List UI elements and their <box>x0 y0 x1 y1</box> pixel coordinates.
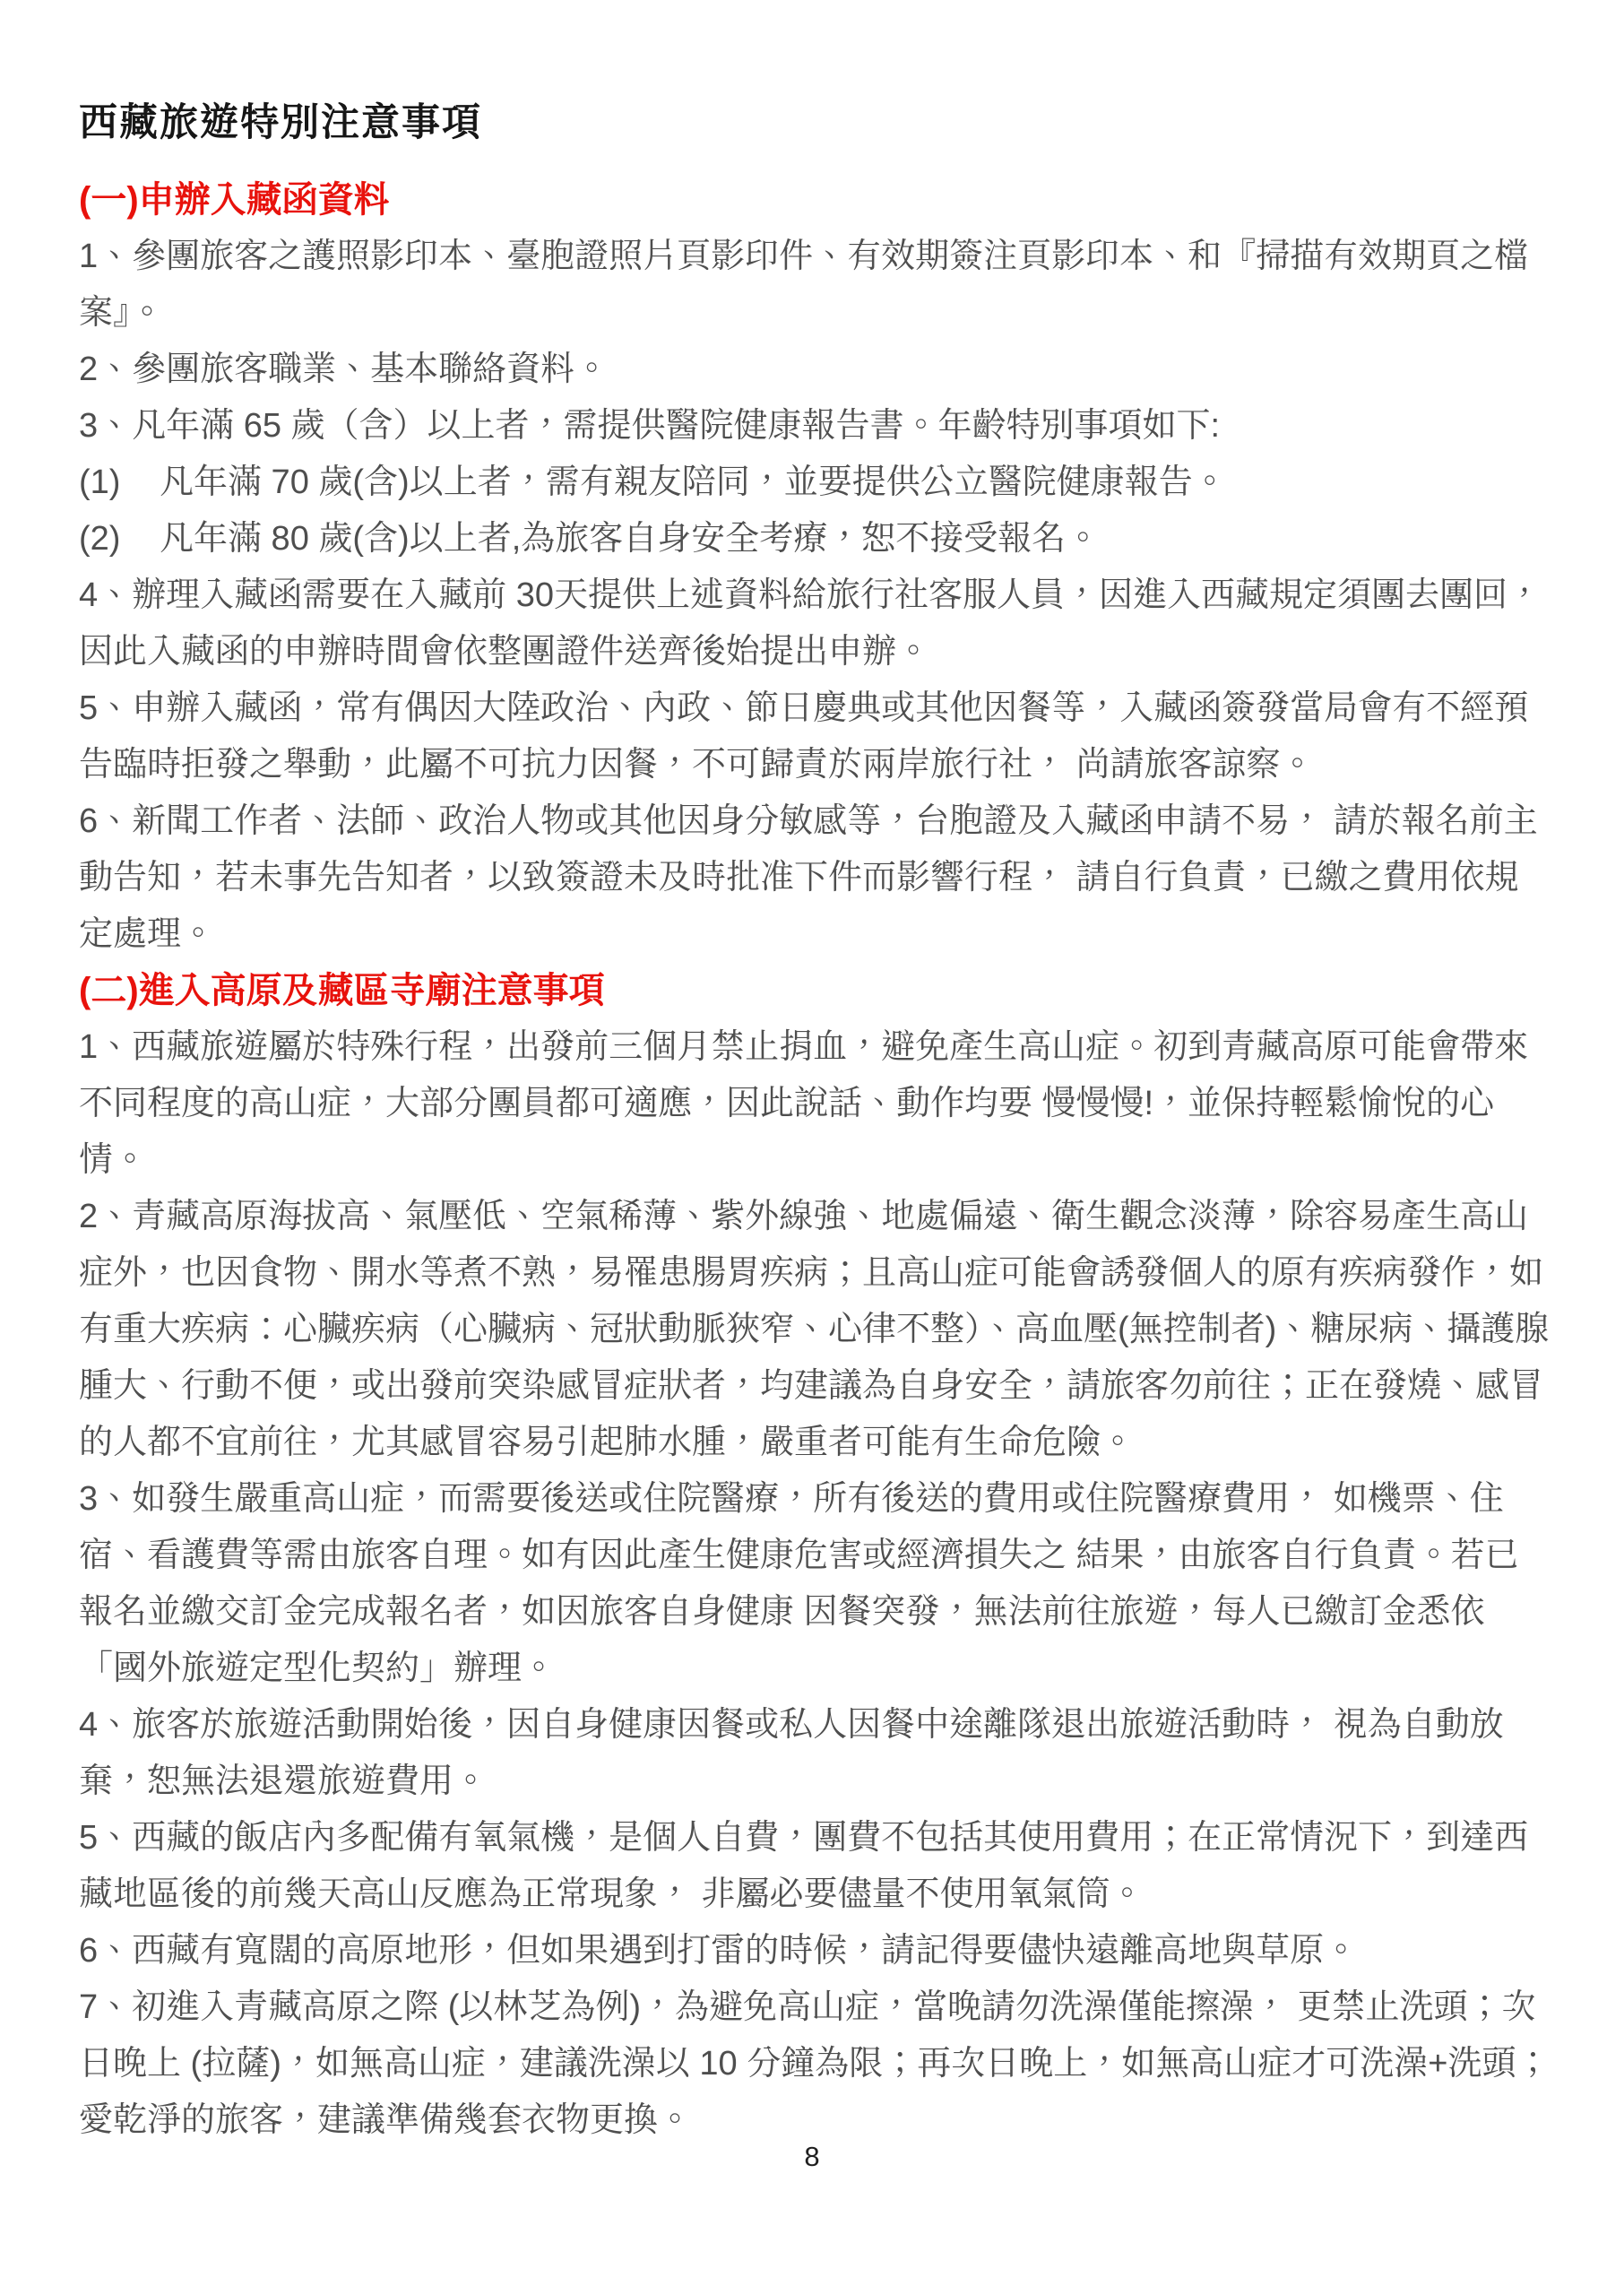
section-heading: (一)申辦入藏函資料 <box>79 172 1552 229</box>
list-item: 6、西藏有寬闊的高原地形，但如果遇到打雷的時候，請記得要儘快遠離高地與草原。 <box>79 1923 1552 1979</box>
list-item: 1、西藏旅遊屬於特殊行程，出發前三個月禁止捐血，避免產生高山症。初到青藏高原可能… <box>79 1019 1552 1189</box>
list-item: 4、辦理入藏函需要在入藏前 30天提供上述資料給旅行社客服人員，因進入西藏規定須… <box>79 567 1552 680</box>
list-item: 5、西藏的飯店內多配備有氧氣機，是個人自費，團費不包括其使用費用；在正常情況下，… <box>79 1810 1552 1923</box>
list-item: 4、旅客於旅遊活動開始後，因自身健康因餐或私人因餐中途離隊退出旅遊活動時， 視為… <box>79 1697 1552 1810</box>
list-item: 7、初進入青藏高原之際 (以林芝為例)，為避免高山症，當晚請勿洗澡僅能擦澡， 更… <box>79 1979 1552 2149</box>
list-item: 5、申辦入藏函，常有偶因大陸政治、內政、節日慶典或其他因餐等，入藏函簽發當局會有… <box>79 680 1552 793</box>
list-item: 2、參團旅客職業、基本聯絡資料。 <box>79 342 1552 398</box>
sub-item-text: 凡年滿 70 歲(含)以上者，需有親友陪同，並要提供公立醫院健康報告。 <box>160 455 1552 511</box>
sub-list-item: (1)凡年滿 70 歲(含)以上者，需有親友陪同，並要提供公立醫院健康報告。 <box>79 455 1552 511</box>
document-page: 西藏旅遊特別注意事項 (一)申辦入藏函資料1、參團旅客之護照影印本、臺胞證照片頁… <box>0 0 1624 2295</box>
page-title: 西藏旅遊特別注意事項 <box>79 100 1552 145</box>
list-item: 3、凡年滿 65 歲（含）以上者，需提供醫院健康報告書。年齡特別事項如下: <box>79 398 1552 455</box>
sub-item-label: (1) <box>79 455 160 511</box>
list-item: 2、青藏高原海拔高、氣壓低、空氣稀薄、紫外線強、地處偏遠、衛生觀念淡薄，除容易產… <box>79 1189 1552 1471</box>
sub-list-item: (2)凡年滿 80 歲(含)以上者,為旅客自身安全考療，恕不接受報名。 <box>79 511 1552 567</box>
sub-item-label: (2) <box>79 511 160 567</box>
sub-item-text: 凡年滿 80 歲(含)以上者,為旅客自身安全考療，恕不接受報名。 <box>160 511 1552 567</box>
sections-container: (一)申辦入藏函資料1、參團旅客之護照影印本、臺胞證照片頁影印件、有效期簽注頁影… <box>79 172 1552 2149</box>
list-item: 1、參團旅客之護照影印本、臺胞證照片頁影印件、有效期簽注頁影印本、和『掃描有效期… <box>79 229 1552 342</box>
page-number: 8 <box>0 2139 1624 2175</box>
list-item: 6、新聞工作者、法師、政治人物或其他因身分敏感等，台胞證及入藏函申請不易， 請於… <box>79 793 1552 963</box>
section-heading: (二)進入高原及藏區寺廟注意事項 <box>79 963 1552 1019</box>
list-item: 3、如發生嚴重高山症，而需要後送或住院醫療，所有後送的費用或住院醫療費用， 如機… <box>79 1471 1552 1697</box>
